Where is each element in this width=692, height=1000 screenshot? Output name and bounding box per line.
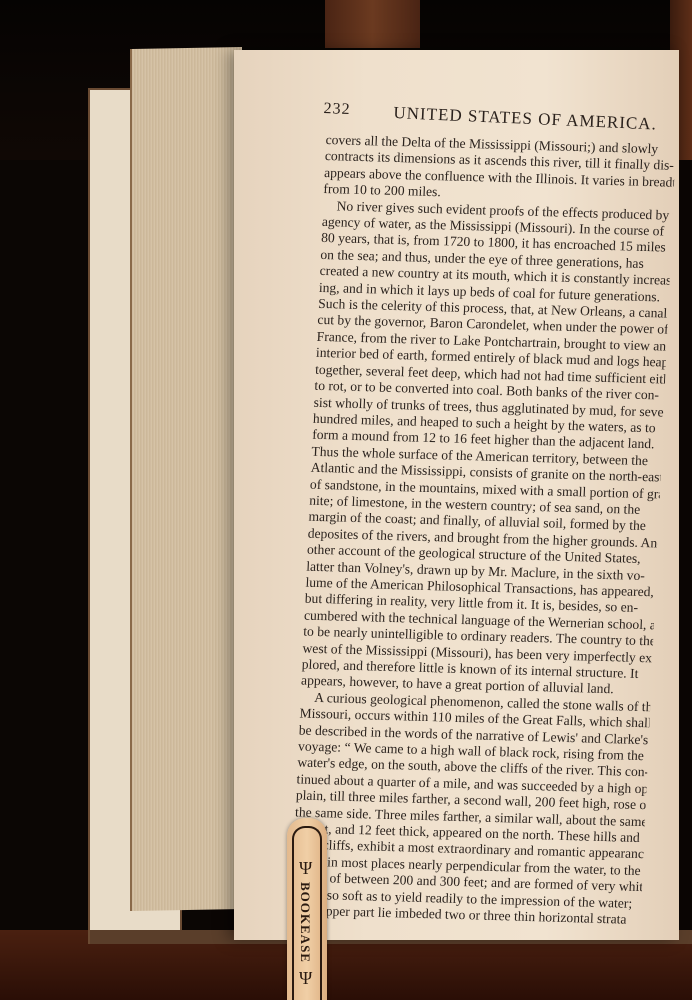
- trident-icon: Ψ: [299, 858, 312, 879]
- book-page: 232 UNITED STATES OF AMERICA. covers all…: [234, 50, 679, 940]
- page-body-text: covers all the Delta of the Mississippi …: [290, 132, 676, 929]
- bookmark-label: BOOKEASE: [297, 882, 313, 963]
- page-edges: [130, 47, 242, 911]
- trident-icon: Ψ: [299, 968, 312, 989]
- page-number: 232: [323, 100, 351, 119]
- bookmark[interactable]: Ψ BOOKEASE Ψ: [287, 818, 327, 1000]
- header-title: UNITED STATES OF AMERICA.: [393, 103, 657, 134]
- book-stand-top: [325, 0, 420, 48]
